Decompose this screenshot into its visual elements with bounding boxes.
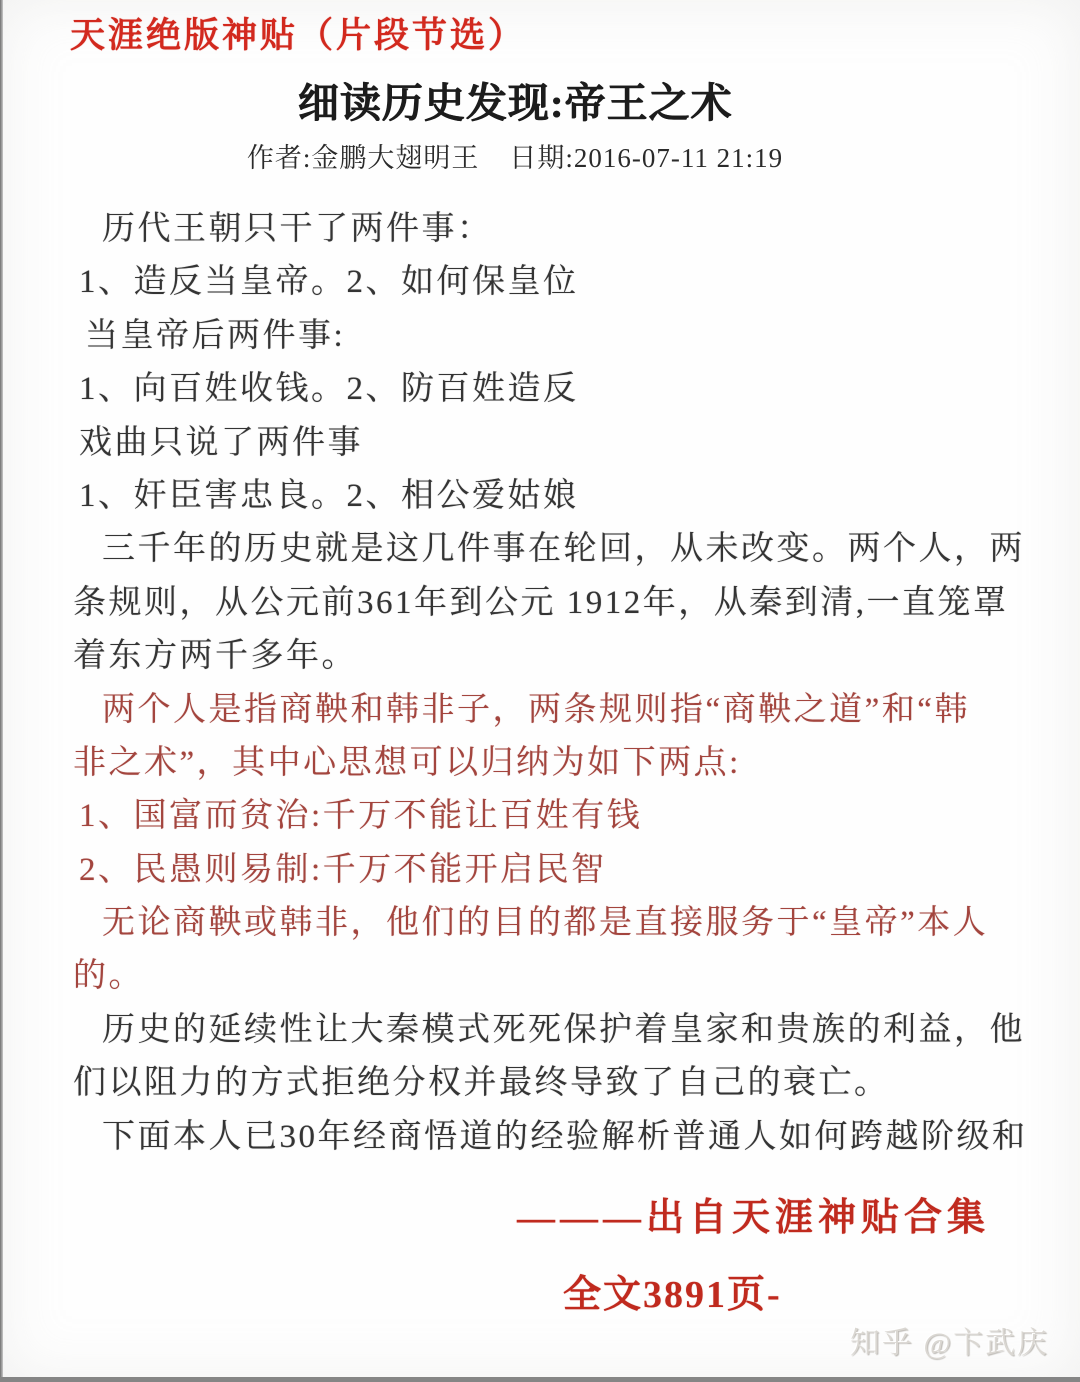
body-line: 2、民愚则易制:千万不能开启民智 (73, 844, 1033, 897)
body-line: 无论商鞅或韩非，他们的目的都是直接服务于“皇帝”本人 (73, 897, 1033, 950)
byline: 作者:金鹏大翅明王日期:2016-07-11 21:19 (0, 136, 1030, 175)
body-line: 1、造反当皇帝。2、如何保皇位 (73, 256, 1033, 309)
footer-page-count: 全文3891页- (563, 1263, 782, 1318)
body-line: 的。 (73, 950, 1033, 1003)
body-line: 历代王朝只干了两件事： (73, 203, 1033, 256)
body-line: 着东方两千多年。 (73, 630, 1033, 683)
body-line: 下面本人已30年经商悟道的经验解析普通人如何跨越阶级和 (73, 1111, 1033, 1164)
left-edge-line (0, 0, 3, 1382)
author-label: 作者:金鹏大翅明王 (247, 143, 480, 173)
body-line: 1、国富而贫治:千万不能让百姓有钱 (73, 790, 1033, 843)
body-line: 非之术”，其中心思想可以归纳为如下两点: (73, 737, 1033, 790)
body-line: 们以阻力的方式拒绝分权并最终导致了自己的衰亡。 (73, 1057, 1033, 1110)
body-line: 条规则，从公元前361年到公元 1912年，从秦到清,一直笼罩 (73, 577, 1033, 630)
body-line: 1、向百姓收钱。2、防百姓造反 (73, 363, 1033, 416)
body-line: 两个人是指商鞅和韩非子，两条规则指“商鞅之道”和“韩 (73, 684, 1033, 737)
date-label: 日期:2016-07-11 21:19 (509, 143, 783, 173)
doc-header-tag: 天涯绝版神贴（片段节选） (70, 8, 526, 58)
body-line: 三千年的历史就是这几件事在轮回，从未改变。两个人，两 (73, 523, 1033, 576)
body-line: 戏曲只说了两件事 (73, 417, 1033, 470)
body-text: 历代王朝只干了两件事： 1、造反当皇帝。2、如何保皇位 当皇帝后两件事: 1、向… (73, 203, 1033, 1164)
footer-source: ———出自天涯神贴合集 (0, 1186, 990, 1241)
doc-title: 细读历史发现:帝王之术 (0, 70, 1030, 129)
bottom-edge-line (0, 1377, 1080, 1382)
body-line: 当皇帝后两件事: (73, 310, 1033, 363)
document-page: 天涯绝版神贴（片段节选） 细读历史发现:帝王之术 作者:金鹏大翅明王日期:201… (0, 0, 1080, 1382)
body-line: 历史的延续性让大秦模式死死保护着皇家和贵族的利益，他 (73, 1004, 1033, 1057)
body-line: 1、奸臣害忠良。2、相公爱姑娘 (73, 470, 1033, 523)
zhihu-watermark: 知乎 @卞武庆 (850, 1318, 1049, 1362)
